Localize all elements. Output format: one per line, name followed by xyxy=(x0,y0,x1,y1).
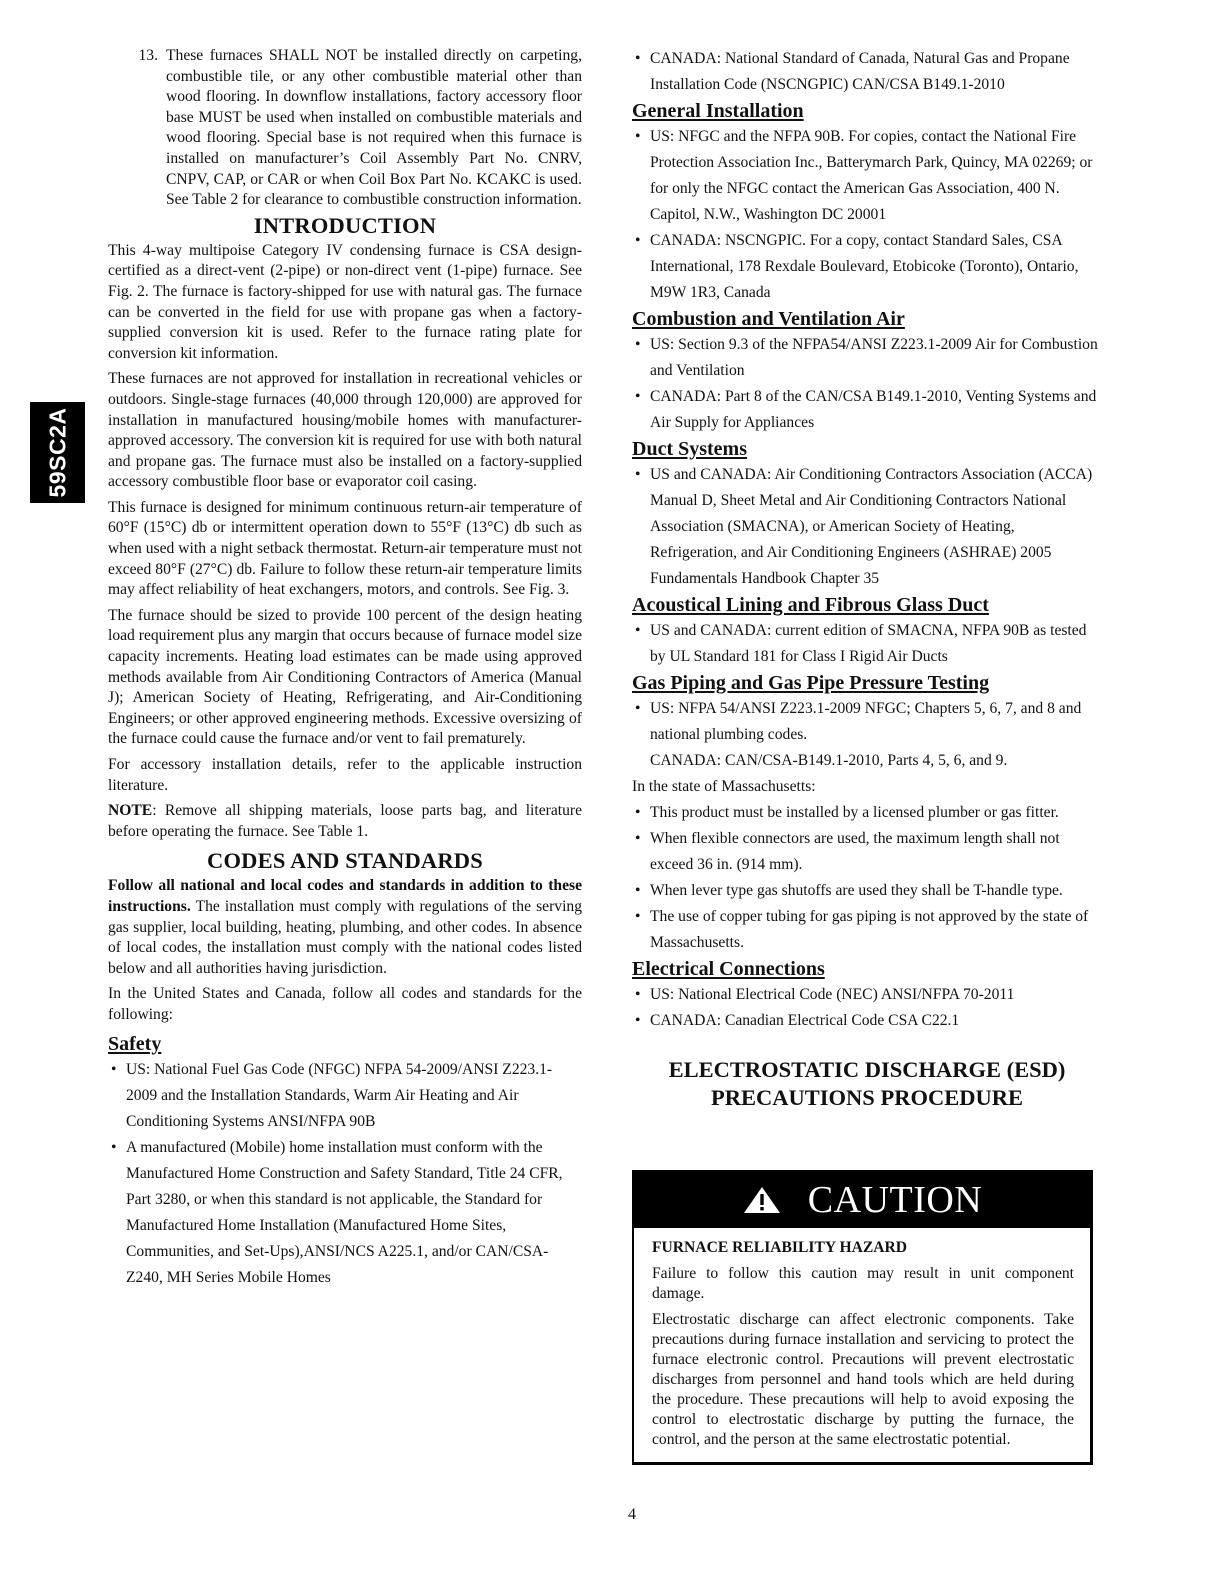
list-item-text: US: NFGC and the NFPA 90B. For copies, c… xyxy=(650,128,1092,223)
codes-lead-paragraph: Follow all national and local codes and … xyxy=(108,876,582,979)
bullet-icon: • xyxy=(111,1057,116,1083)
list-item: •US and CANADA: Air Conditioning Contrac… xyxy=(632,462,1102,592)
page-number: 4 xyxy=(628,1506,636,1524)
intro-paragraph: For accessory installation details, refe… xyxy=(108,755,582,796)
massachusetts-list: •This product must be installed by a lic… xyxy=(632,800,1102,956)
caution-box: CAUTION FURNACE RELIABILITY HAZARD Failu… xyxy=(632,1170,1093,1465)
general-installation-heading: General Installation xyxy=(632,98,1102,124)
bullet-icon: • xyxy=(635,826,640,852)
list-item: •US: NFPA 54/ANSI Z223.1-2009 NFGC; Chap… xyxy=(632,696,1102,748)
us-canada-paragraph: In the United States and Canada, follow … xyxy=(108,984,582,1025)
caution-header: CAUTION xyxy=(634,1172,1090,1228)
list-item-text: CANADA: Part 8 of the CAN/CSA B149.1-201… xyxy=(650,388,1096,431)
safety-heading: Safety xyxy=(108,1031,582,1057)
list-item-text: US: National Fuel Gas Code (NFGC) NFPA 5… xyxy=(126,1061,552,1130)
list-item-number: 13. xyxy=(108,46,166,211)
caution-body: FURNACE RELIABILITY HAZARD Failure to fo… xyxy=(634,1228,1090,1462)
note-text: : Remove all shipping materials, loose p… xyxy=(108,802,582,840)
list-item: •This product must be installed by a lic… xyxy=(632,800,1102,826)
bullet-icon: • xyxy=(111,1135,116,1161)
bullet-icon: • xyxy=(635,46,640,72)
bullet-icon: • xyxy=(635,618,640,644)
bullet-icon: • xyxy=(635,1008,640,1034)
safety-list-continued: •CANADA: National Standard of Canada, Na… xyxy=(632,46,1102,98)
intro-paragraph: This 4-way multipoise Category IV conden… xyxy=(108,241,582,365)
hazard-title: FURNACE RELIABILITY HAZARD xyxy=(652,1238,1074,1258)
list-item: •CANADA: NSCNGPIC. For a copy, contact S… xyxy=(632,228,1102,306)
list-item-text: When lever type gas shutoffs are used th… xyxy=(650,882,1063,899)
list-item: •US: Section 9.3 of the NFPA54/ANSI Z223… xyxy=(632,332,1102,384)
bullet-icon: • xyxy=(635,332,640,358)
list-item: •CANADA: Part 8 of the CAN/CSA B149.1-20… xyxy=(632,384,1102,436)
bullet-icon: • xyxy=(635,124,640,150)
list-item-text: CANADA: Canadian Electrical Code CSA C22… xyxy=(650,1012,959,1029)
massachusetts-intro: In the state of Massachusetts: xyxy=(632,774,1102,800)
acoustical-list: •US and CANADA: current edition of SMACN… xyxy=(632,618,1102,670)
esd-heading-line1: ELECTROSTATIC DISCHARGE (ESD) xyxy=(669,1057,1066,1082)
bullet-icon: • xyxy=(635,384,640,410)
codes-standards-heading: CODES AND STANDARDS xyxy=(108,847,582,875)
list-item-text: US: Section 9.3 of the NFPA54/ANSI Z223.… xyxy=(650,336,1098,379)
gas-piping-list: •US: NFPA 54/ANSI Z223.1-2009 NFGC; Chap… xyxy=(632,696,1102,748)
list-item: •US: National Fuel Gas Code (NFGC) NFPA … xyxy=(108,1057,582,1135)
esd-heading-line2: PRECAUTIONS PROCEDURE xyxy=(711,1085,1023,1110)
list-item: •US: NFGC and the NFPA 90B. For copies, … xyxy=(632,124,1102,228)
electrical-list: •US: National Electrical Code (NEC) ANSI… xyxy=(632,982,1102,1034)
note-paragraph: NOTE: Remove all shipping materials, loo… xyxy=(108,801,582,842)
list-item-text: US and CANADA: current edition of SMACNA… xyxy=(650,622,1086,665)
list-item-text: The use of copper tubing for gas piping … xyxy=(650,908,1088,951)
list-item-text: CANADA: National Standard of Canada, Nat… xyxy=(650,50,1070,93)
safety-list: •US: National Fuel Gas Code (NFGC) NFPA … xyxy=(108,1057,582,1291)
right-column: •CANADA: National Standard of Canada, Na… xyxy=(632,46,1102,1112)
introduction-heading: INTRODUCTION xyxy=(108,212,582,240)
model-side-tab-label: 59SC2A xyxy=(44,408,71,498)
bullet-icon: • xyxy=(635,878,640,904)
list-item: •US: National Electrical Code (NEC) ANSI… xyxy=(632,982,1102,1008)
intro-paragraph: The furnace should be sized to provide 1… xyxy=(108,606,582,750)
list-item: •US and CANADA: current edition of SMACN… xyxy=(632,618,1102,670)
list-item-text: US: National Electrical Code (NEC) ANSI/… xyxy=(650,986,1014,1003)
list-item-13: 13. These furnaces SHALL NOT be installe… xyxy=(108,46,582,211)
combustion-list: •US: Section 9.3 of the NFPA54/ANSI Z223… xyxy=(632,332,1102,436)
left-column: 13. These furnaces SHALL NOT be installe… xyxy=(108,46,582,1291)
bullet-icon: • xyxy=(635,462,640,488)
combustion-ventilation-heading: Combustion and Ventilation Air xyxy=(632,306,1102,332)
list-item: •A manufactured (Mobile) home installati… xyxy=(108,1135,582,1291)
note-label: NOTE xyxy=(108,802,152,819)
caution-paragraph: Failure to follow this caution may resul… xyxy=(652,1264,1074,1304)
electrical-connections-heading: Electrical Connections xyxy=(632,956,1102,982)
list-item: •CANADA: National Standard of Canada, Na… xyxy=(632,46,1102,98)
list-item: •When lever type gas shutoffs are used t… xyxy=(632,878,1102,904)
list-item: •CANADA: Canadian Electrical Code CSA C2… xyxy=(632,1008,1102,1034)
list-item-text: US and CANADA: Air Conditioning Contract… xyxy=(650,466,1092,587)
list-item-text: This product must be installed by a lice… xyxy=(650,804,1059,821)
intro-paragraph: This furnace is designed for minimum con… xyxy=(108,498,582,601)
list-item-text: CANADA: NSCNGPIC. For a copy, contact St… xyxy=(650,232,1078,301)
caution-paragraph: Electrostatic discharge can affect elect… xyxy=(652,1310,1074,1450)
list-item-text: A manufactured (Mobile) home installatio… xyxy=(126,1139,563,1286)
list-item-text: US: NFPA 54/ANSI Z223.1-2009 NFGC; Chapt… xyxy=(650,700,1081,743)
duct-systems-heading: Duct Systems xyxy=(632,436,1102,462)
bullet-icon: • xyxy=(635,696,640,722)
list-item: •When flexible connectors are used, the … xyxy=(632,826,1102,878)
bullet-icon: • xyxy=(635,982,640,1008)
gas-piping-canada-line: CANADA: CAN/CSA-B149.1-2010, Parts 4, 5,… xyxy=(632,748,1102,774)
esd-heading: ELECTROSTATIC DISCHARGE (ESD) PRECAUTION… xyxy=(632,1056,1102,1112)
caution-title: CAUTION xyxy=(808,1180,982,1220)
duct-list: •US and CANADA: Air Conditioning Contrac… xyxy=(632,462,1102,592)
bullet-icon: • xyxy=(635,904,640,930)
bullet-icon: • xyxy=(635,228,640,254)
general-installation-list: •US: NFGC and the NFPA 90B. For copies, … xyxy=(632,124,1102,306)
bullet-icon: • xyxy=(635,800,640,826)
model-side-tab: 59SC2A xyxy=(30,402,85,503)
list-item-text: When flexible connectors are used, the m… xyxy=(650,830,1060,873)
list-item: •The use of copper tubing for gas piping… xyxy=(632,904,1102,956)
acoustical-lining-heading: Acoustical Lining and Fibrous Glass Duct xyxy=(632,592,1102,618)
list-item-text: These furnaces SHALL NOT be installed di… xyxy=(166,46,582,211)
warning-triangle-icon xyxy=(742,1185,782,1215)
gas-piping-heading: Gas Piping and Gas Pipe Pressure Testing xyxy=(632,670,1102,696)
intro-paragraph: These furnaces are not approved for inst… xyxy=(108,369,582,493)
